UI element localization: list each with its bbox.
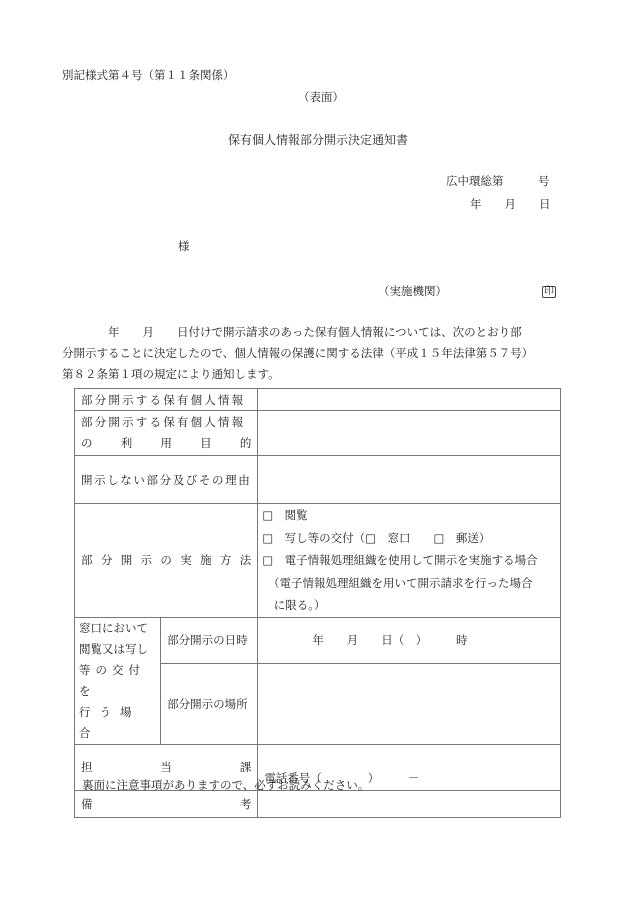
sub-label: 部分開示の日時 <box>161 617 258 663</box>
row-label-line: 部分開示する保有個人情報 <box>81 412 251 433</box>
char: 分 <box>101 552 113 568</box>
char: 実 <box>180 552 192 568</box>
notice-body: 年 月 日付けで開示請求のあった保有個人情報については、次のとおり部 分開示する… <box>62 322 562 385</box>
form-number: 別記様式第４号（第１１条関係） <box>62 70 235 82</box>
issue-date: 年 月 日 <box>470 199 551 211</box>
body-line-2: 分開示することに決定したので、個人情報の保護に関する法律（平成１５年法律第５７号… <box>62 343 562 364</box>
row-label: 部 分 開 示 の 実 施 方 法 <box>75 504 258 618</box>
char: 利 <box>121 433 133 454</box>
char: 部 <box>81 552 93 568</box>
body-line-3: 第８２条第１項の規定により通知します。 <box>62 364 562 385</box>
char: 開 <box>121 552 133 568</box>
char: 方 <box>220 552 232 568</box>
table-row: 備 考 <box>75 790 561 817</box>
group-label-line: 行う場合 <box>79 702 156 744</box>
issue-date-text: 年 月 日 <box>470 197 551 211</box>
body-line-1: 年 月 日付けで開示請求のあった保有個人情報については、次のとおり部 <box>62 322 562 343</box>
char: 備 <box>81 796 93 812</box>
table-row: 部分開示する保有個人情報 <box>75 389 561 411</box>
option-copy-checkbox[interactable]: □ 写し等の交付（□ 窓口 □ 郵送） <box>262 527 556 550</box>
char: 法 <box>240 552 252 568</box>
char: 用 <box>160 433 172 454</box>
remarks-field[interactable] <box>258 790 561 817</box>
disclosure-form-table: 部分開示する保有個人情報 部分開示する保有個人情報 の 利 用 目 的 開示しな… <box>74 388 561 818</box>
group-label-line: 等の交付を <box>79 660 156 702</box>
window-group-label: 窓口において 閲覧又は写し 等の交付を 行う場合 <box>75 617 161 744</box>
char: 考 <box>240 796 252 812</box>
row-label-spread: 部 分 開 示 の 実 施 方 法 <box>81 552 251 568</box>
row-label: 開示しない部分及びその理由 <box>75 456 258 504</box>
option-electronic-checkbox[interactable]: □ 電子情報処理組織を使用して開示を実施する場合 <box>262 549 556 572</box>
option-inspection-checkbox[interactable]: □ 閲覧 <box>262 504 556 527</box>
row-label: 部分開示する保有個人情報 の 利 用 目 的 <box>75 411 258 456</box>
char: 目 <box>200 433 212 454</box>
addressee-honorific: 様 <box>178 241 190 253</box>
table-row: 窓口において 閲覧又は写し 等の交付を 行う場合 部分開示の日時 年 月 日（ … <box>75 617 561 663</box>
char: の <box>81 433 93 454</box>
table-row: 開示しない部分及びその理由 <box>75 456 561 504</box>
row-label-spread: 備 考 <box>81 796 251 812</box>
table-row: 部分開示する保有個人情報 の 利 用 目 的 <box>75 411 561 456</box>
usage-purpose-field[interactable] <box>258 411 561 456</box>
group-label-line: 窓口において <box>79 618 156 639</box>
side-label: （表面） <box>298 92 344 104</box>
row-label-spread: の 利 用 目 的 <box>81 433 251 454</box>
char: 担 <box>81 759 93 775</box>
partial-info-field[interactable] <box>258 389 561 411</box>
sub-label: 部分開示の場所 <box>161 663 258 744</box>
disclosure-datetime-field[interactable]: 年 月 日（ ） 時 <box>258 617 561 663</box>
reference-number: 広中環総第 号 <box>446 176 550 188</box>
document-title: 保有個人情報部分開示決定通知書 <box>228 134 408 146</box>
group-label-line: 閲覧又は写し <box>79 639 156 660</box>
option-electronic-note-cont: に限る。） <box>262 594 556 617</box>
undisclosed-reason-field[interactable] <box>258 456 561 504</box>
row-label: 部分開示する保有個人情報 <box>75 389 258 411</box>
char: 施 <box>200 552 212 568</box>
char: 当 <box>160 759 172 775</box>
method-options: □ 閲覧 □ 写し等の交付（□ 窓口 □ 郵送） □ 電子情報処理組織を使用して… <box>258 504 561 618</box>
row-label-spread: 担 当 課 <box>81 759 251 775</box>
seal-mark: 印 <box>542 286 556 298</box>
char: の <box>160 552 172 568</box>
option-electronic-note: （電子情報処理組織を用いて開示請求を行った場合 <box>262 572 556 595</box>
issuer-label: （実施機関） <box>378 286 447 298</box>
char: 課 <box>240 759 252 775</box>
row-label: 備 考 <box>75 790 258 817</box>
char: 示 <box>141 552 153 568</box>
footer-note: 裏面に注意事項がありますので、必ずお読みください。 <box>82 780 369 792</box>
disclosure-place-field[interactable] <box>258 663 561 744</box>
char: 的 <box>240 433 252 454</box>
table-row: 部 分 開 示 の 実 施 方 法 □ 閲覧 □ 写し等の交付（□ 窓口 □ 郵… <box>75 504 561 618</box>
